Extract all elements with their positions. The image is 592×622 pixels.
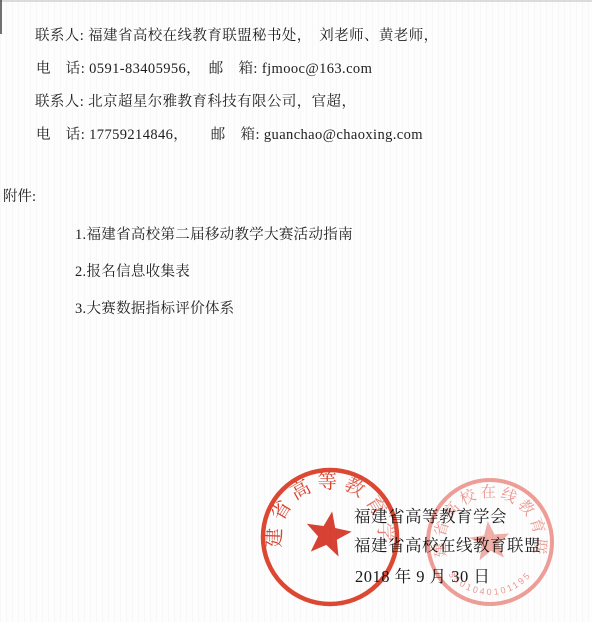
signature-org-2: 福建省高校在线教育联盟	[354, 532, 541, 556]
contact-line-phone-email-2: 电 话: 17759214846， 邮 箱: guanchao@chaoxing…	[36, 126, 423, 144]
attachment-item-3: 3.大赛数据指标评价体系	[75, 297, 234, 318]
seal-left-star-icon	[302, 507, 354, 558]
signature-date: 2018 年 9 月 30 日	[355, 563, 490, 587]
scan-artifact-top-edge	[0, 0, 592, 2]
attachment-item-1: 1.福建省高校第二届移动教学大赛活动指南	[75, 223, 353, 244]
scan-artifact-left-edge	[0, 0, 2, 34]
attachments-label: 附件:	[3, 185, 36, 206]
attachment-item-2: 2.报名信息收集表	[75, 260, 190, 281]
scanned-document-page: 联系人: 福建省高校在线教育联盟秘书处， 刘老师、黄老师， 电 话: 0591-…	[0, 0, 592, 622]
contact-line-phone-email-1: 电 话: 0591-83405956， 邮 箱: fjmooc@163.com	[36, 60, 372, 78]
contact-line-secretariat: 联系人: 福建省高校在线教育联盟秘书处， 刘老师、黄老师，	[35, 27, 439, 45]
signature-org-1: 福建省高等教育学会	[354, 503, 507, 527]
contact-line-company: 联系人: 北京超星尔雅教育科技有限公司，官超，	[35, 93, 356, 111]
